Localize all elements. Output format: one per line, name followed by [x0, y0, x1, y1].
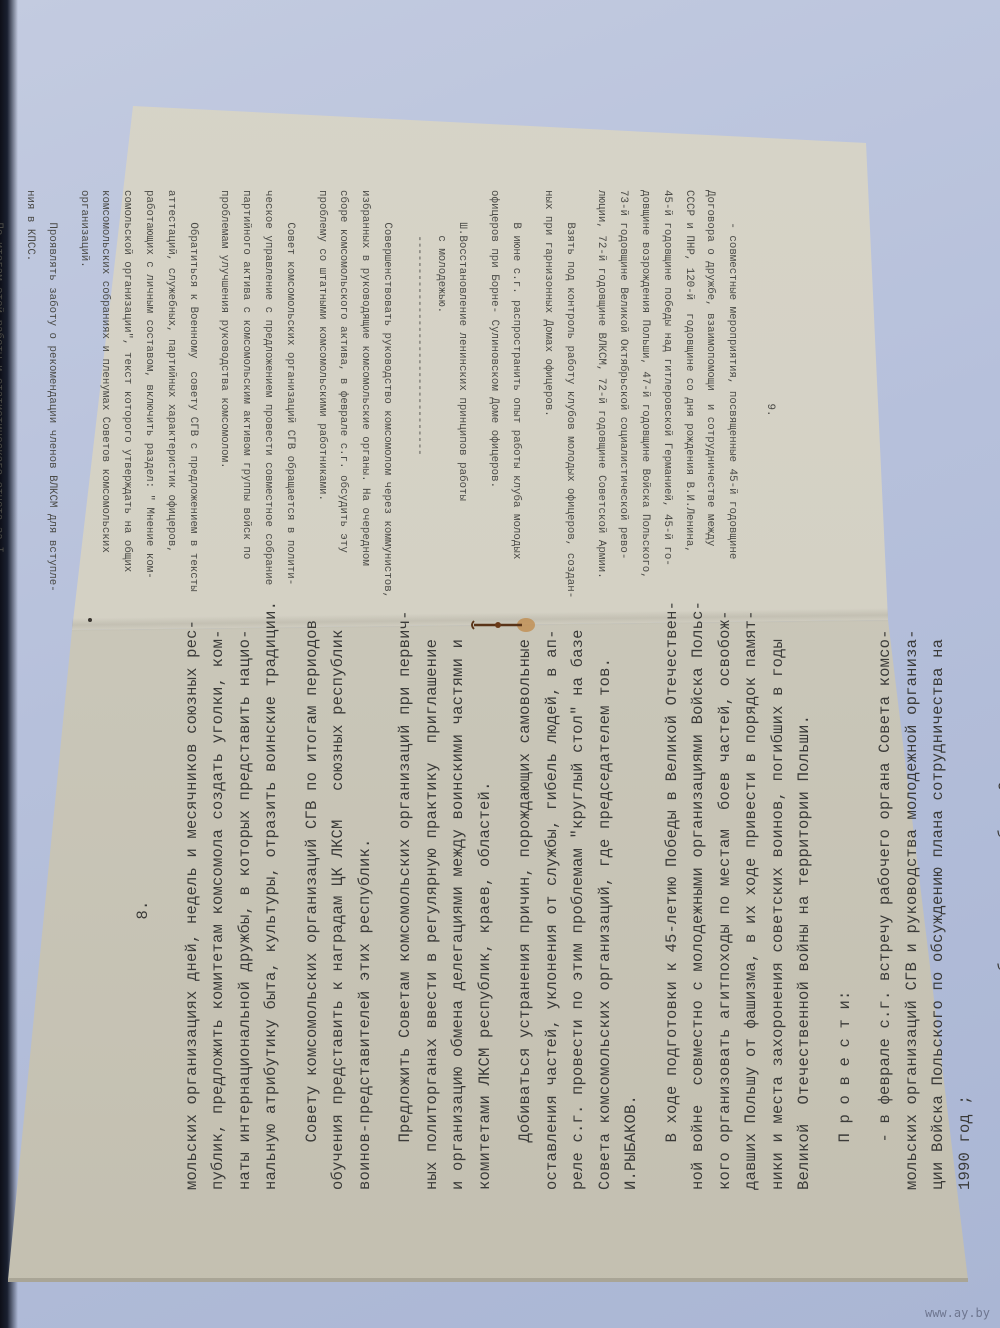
paragraph-gap: [978, 630, 992, 1190]
text-line: Совершенствовать руководство комсомолом …: [375, 190, 397, 630]
text-line: ной войне совместно с молодежными органи…: [685, 630, 712, 1190]
text-line: проблему со штатными комсомольскими рабо…: [310, 190, 332, 630]
paragraph-gap: [526, 190, 536, 630]
text-line: воинов-представителей этих республик.: [352, 630, 379, 1190]
text-line: Договора о дружбе, взаимопомощи и сотруд…: [699, 190, 721, 630]
paragraph-gap: [818, 630, 832, 1190]
text-line: ческое управление с предложением провест…: [256, 190, 278, 630]
text-line: мольских организаций СГВ и руководства м…: [899, 630, 926, 1190]
paragraph-gap: [858, 630, 872, 1190]
text-line: публик, предложить комитетам комсомола с…: [205, 630, 232, 1190]
text-line: Обратиться к Военному совету СГВ с предл…: [181, 190, 203, 630]
watermark: www.ay.by: [925, 1306, 990, 1320]
text-line: сборе комсомольского актива, в феврале с…: [332, 190, 354, 630]
text-line: довщине возрождения Польши, 47-й годовщи…: [633, 190, 655, 630]
paragraph-gap: [285, 630, 299, 1190]
text-line: ции Войска Польского по обсуждению плана…: [925, 630, 952, 1190]
text-line: обучения представить к наградам ЦК ЛКСМ …: [325, 630, 352, 1190]
text-line: работающих с личным составом, включить р…: [137, 190, 159, 630]
paragraph-gap: [62, 190, 72, 630]
text-line: давших Польшу от фашизма, в их ходе прив…: [738, 630, 765, 1190]
paragraph-gap: [300, 190, 310, 630]
text-line: ----------------------------------: [407, 190, 429, 630]
text-line: аттестаций, служебных, партийных характе…: [159, 190, 181, 630]
page-number: 8.: [130, 630, 157, 1190]
text-line: По итогам этой работы и статистического …: [0, 190, 8, 630]
text-line: - в феврале с.г. встречу рабочего органа…: [872, 630, 899, 1190]
paragraph-gap: [645, 630, 659, 1190]
text-line: кого организовать агитпоходы по местам б…: [712, 630, 739, 1190]
text-line: - совместные мероприятия, посвященные 45…: [720, 190, 742, 630]
page-bottom-edge: [8, 1278, 968, 1282]
page-8-lines: мольских организациях дней, недель и мес…: [179, 630, 1000, 1190]
text-line: реле с.г. провести по этим проблемам "кр…: [565, 630, 592, 1190]
pinhole: [88, 618, 92, 622]
text-line: В ходе подготовки к 45-летию Победы в Ве…: [659, 630, 686, 1190]
text-line: Предложить Советам комсомольских организ…: [392, 630, 419, 1190]
text-line: ники и места захоронения советских воино…: [765, 630, 792, 1190]
text-line: 73-й годовщине Великой Октябрьской социа…: [611, 190, 633, 630]
paragraph-gap: [378, 630, 392, 1190]
text-line: Ш.Восстановление ленинских принципов раб…: [451, 190, 473, 630]
text-line: и организацию обмена делегациями между в…: [445, 630, 472, 1190]
text-line: нальную атрибутику быта, культуры, отраз…: [258, 630, 285, 1190]
text-line: Совету комсомольских организаций СГВ по …: [299, 630, 326, 1190]
text-line: с молодежью.: [429, 190, 451, 630]
page-9-lines: - совместные мероприятия, посвященные 45…: [0, 190, 742, 630]
paragraph-gap: [203, 190, 213, 630]
paragraph-gap: [8, 190, 18, 630]
text-line: Добиваться устранения причин, порождающи…: [512, 630, 539, 1190]
text-line: люции, 72-й годовщине ВЛКСМ, 72-й годовщ…: [590, 190, 612, 630]
page-8-text: 8. мольских организациях дней, недель и …: [130, 630, 1000, 1190]
text-line: ния в КПСС.: [18, 190, 40, 630]
text-line: мольских организациях дней, недель и мес…: [179, 630, 206, 1190]
text-line: офицеров при Борне- Сулиновском Доме офи…: [482, 190, 504, 630]
paragraph-gap: [472, 190, 482, 630]
paragraph-gap: [580, 190, 590, 630]
paragraph-gap: [498, 630, 512, 1190]
text-line: Проявлять заботу о рекомендации членов В…: [40, 190, 62, 630]
text-line: комитетами ЛКСМ республик, краев, област…: [472, 630, 499, 1190]
text-line: В июне с.г. распространить опыт работы к…: [504, 190, 526, 630]
text-line: проблемам улучшения руководства комсомол…: [213, 190, 235, 630]
text-line: наты интернациональной дружбы, в которых…: [232, 630, 259, 1190]
text-line: сомольской организации", текст которого …: [115, 190, 137, 630]
text-line: ных политорганах ввести в регулярную пра…: [419, 630, 446, 1190]
text-line: П р о в е с т и:: [832, 630, 859, 1190]
text-line: 1990 год ;: [952, 630, 979, 1190]
staple-icon: [470, 618, 540, 632]
text-line: оставления частей, уклонения от службы, …: [539, 630, 566, 1190]
text-line: 45-й годовщине победы над гитлеровской Г…: [655, 190, 677, 630]
page-number: 9.: [758, 190, 780, 630]
text-line: СССР и ПНР, 120-й годовщине со дня рожде…: [677, 190, 699, 630]
text-line: Взять под контроль работу клубов молодых…: [558, 190, 580, 630]
text-line: организаций.: [72, 190, 94, 630]
text-line: Совета комсомольских организаций, где пр…: [592, 630, 619, 1190]
text-line: И.РЫБАКОВ.: [618, 630, 645, 1190]
text-line: Совет комсомольских организаций СГВ обра…: [278, 190, 300, 630]
text-line: - в августе с.г. обмен опытом работы Сов…: [992, 630, 1000, 1190]
text-line: ных при гарнизонных Домах офицеров.: [536, 190, 558, 630]
text-line: партийного актива с комсомольским активо…: [234, 190, 256, 630]
text-line: комсомольских собраниях и пленумах Совет…: [94, 190, 116, 630]
booklet-spread: 8. мольских организациях дней, недель и …: [0, 0, 1000, 1328]
text-line: избранных в руководящие комсомольские ор…: [353, 190, 375, 630]
paragraph-gap: [397, 190, 407, 630]
text-line: Великой Отечественной войны на территори…: [791, 630, 818, 1190]
page-9-text: 9. - совместные мероприятия, посвященные…: [0, 190, 780, 630]
